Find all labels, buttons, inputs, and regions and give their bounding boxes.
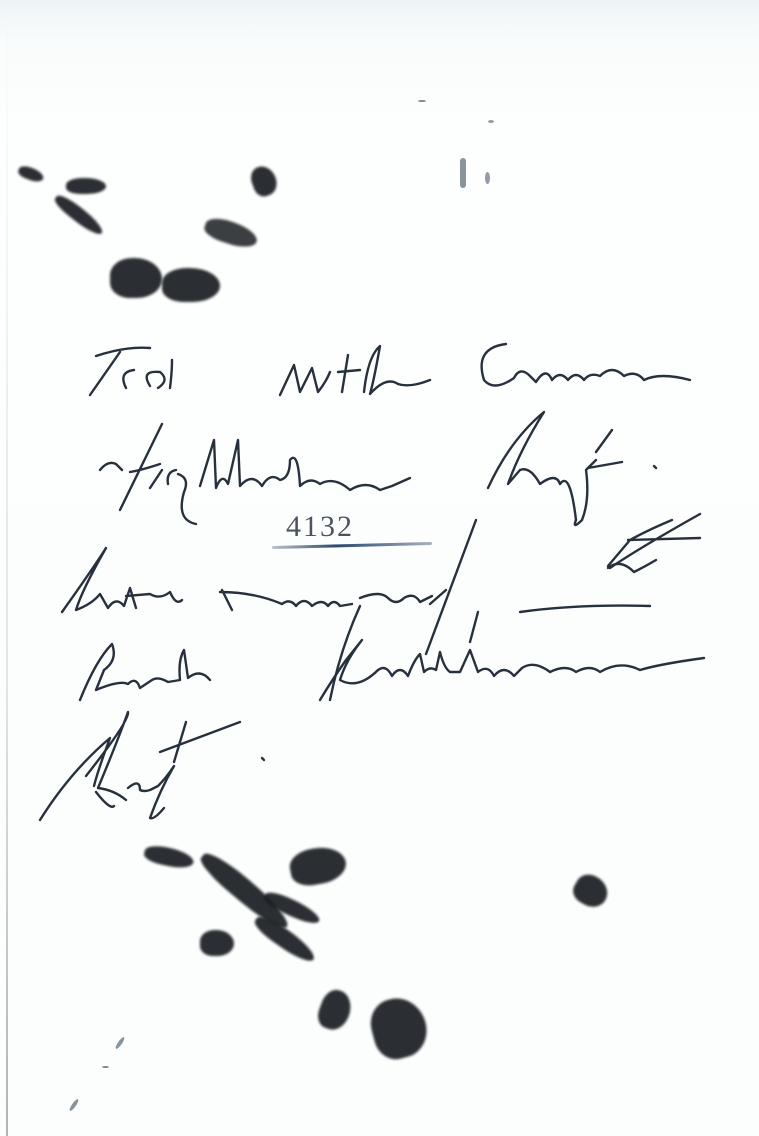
ink-blot xyxy=(314,986,356,1034)
ink-blot xyxy=(202,214,260,252)
ink-blot xyxy=(248,163,281,199)
ink-speck xyxy=(102,1066,109,1068)
handwriting-line-5: Regt. xyxy=(40,730,189,781)
ink-blot xyxy=(196,847,294,935)
ink-blot xyxy=(66,178,106,194)
paper-edge xyxy=(6,0,8,1136)
ink-speck xyxy=(114,1036,125,1050)
handwriting-line-2: Highlander Regt. xyxy=(100,430,582,481)
ink-blot xyxy=(200,930,234,956)
handwriting-line-3: later transferred to xyxy=(60,560,612,611)
ink-blot xyxy=(110,258,162,298)
ink-speck xyxy=(488,120,494,123)
ink-blot xyxy=(287,843,348,888)
ink-blot xyxy=(17,164,46,184)
ink-blot xyxy=(162,268,220,302)
stamp-number: 4132 xyxy=(286,510,354,544)
handwriting-line-4: South Saskatchewan xyxy=(80,640,654,691)
ink-speck xyxy=(485,172,490,184)
ink-speck xyxy=(68,1098,79,1112)
ink-blot xyxy=(52,192,106,239)
ink-blot xyxy=(365,992,433,1064)
ink-blot xyxy=(569,870,613,913)
handwriting-line-1: Tcd with Cameron xyxy=(90,340,594,391)
ink-blot xyxy=(143,843,196,871)
ink-speck xyxy=(460,158,466,188)
scanned-document-page: 4132 Tcd with Cameron Highlander Regt. l… xyxy=(0,0,759,1136)
ink-speck xyxy=(418,100,426,102)
